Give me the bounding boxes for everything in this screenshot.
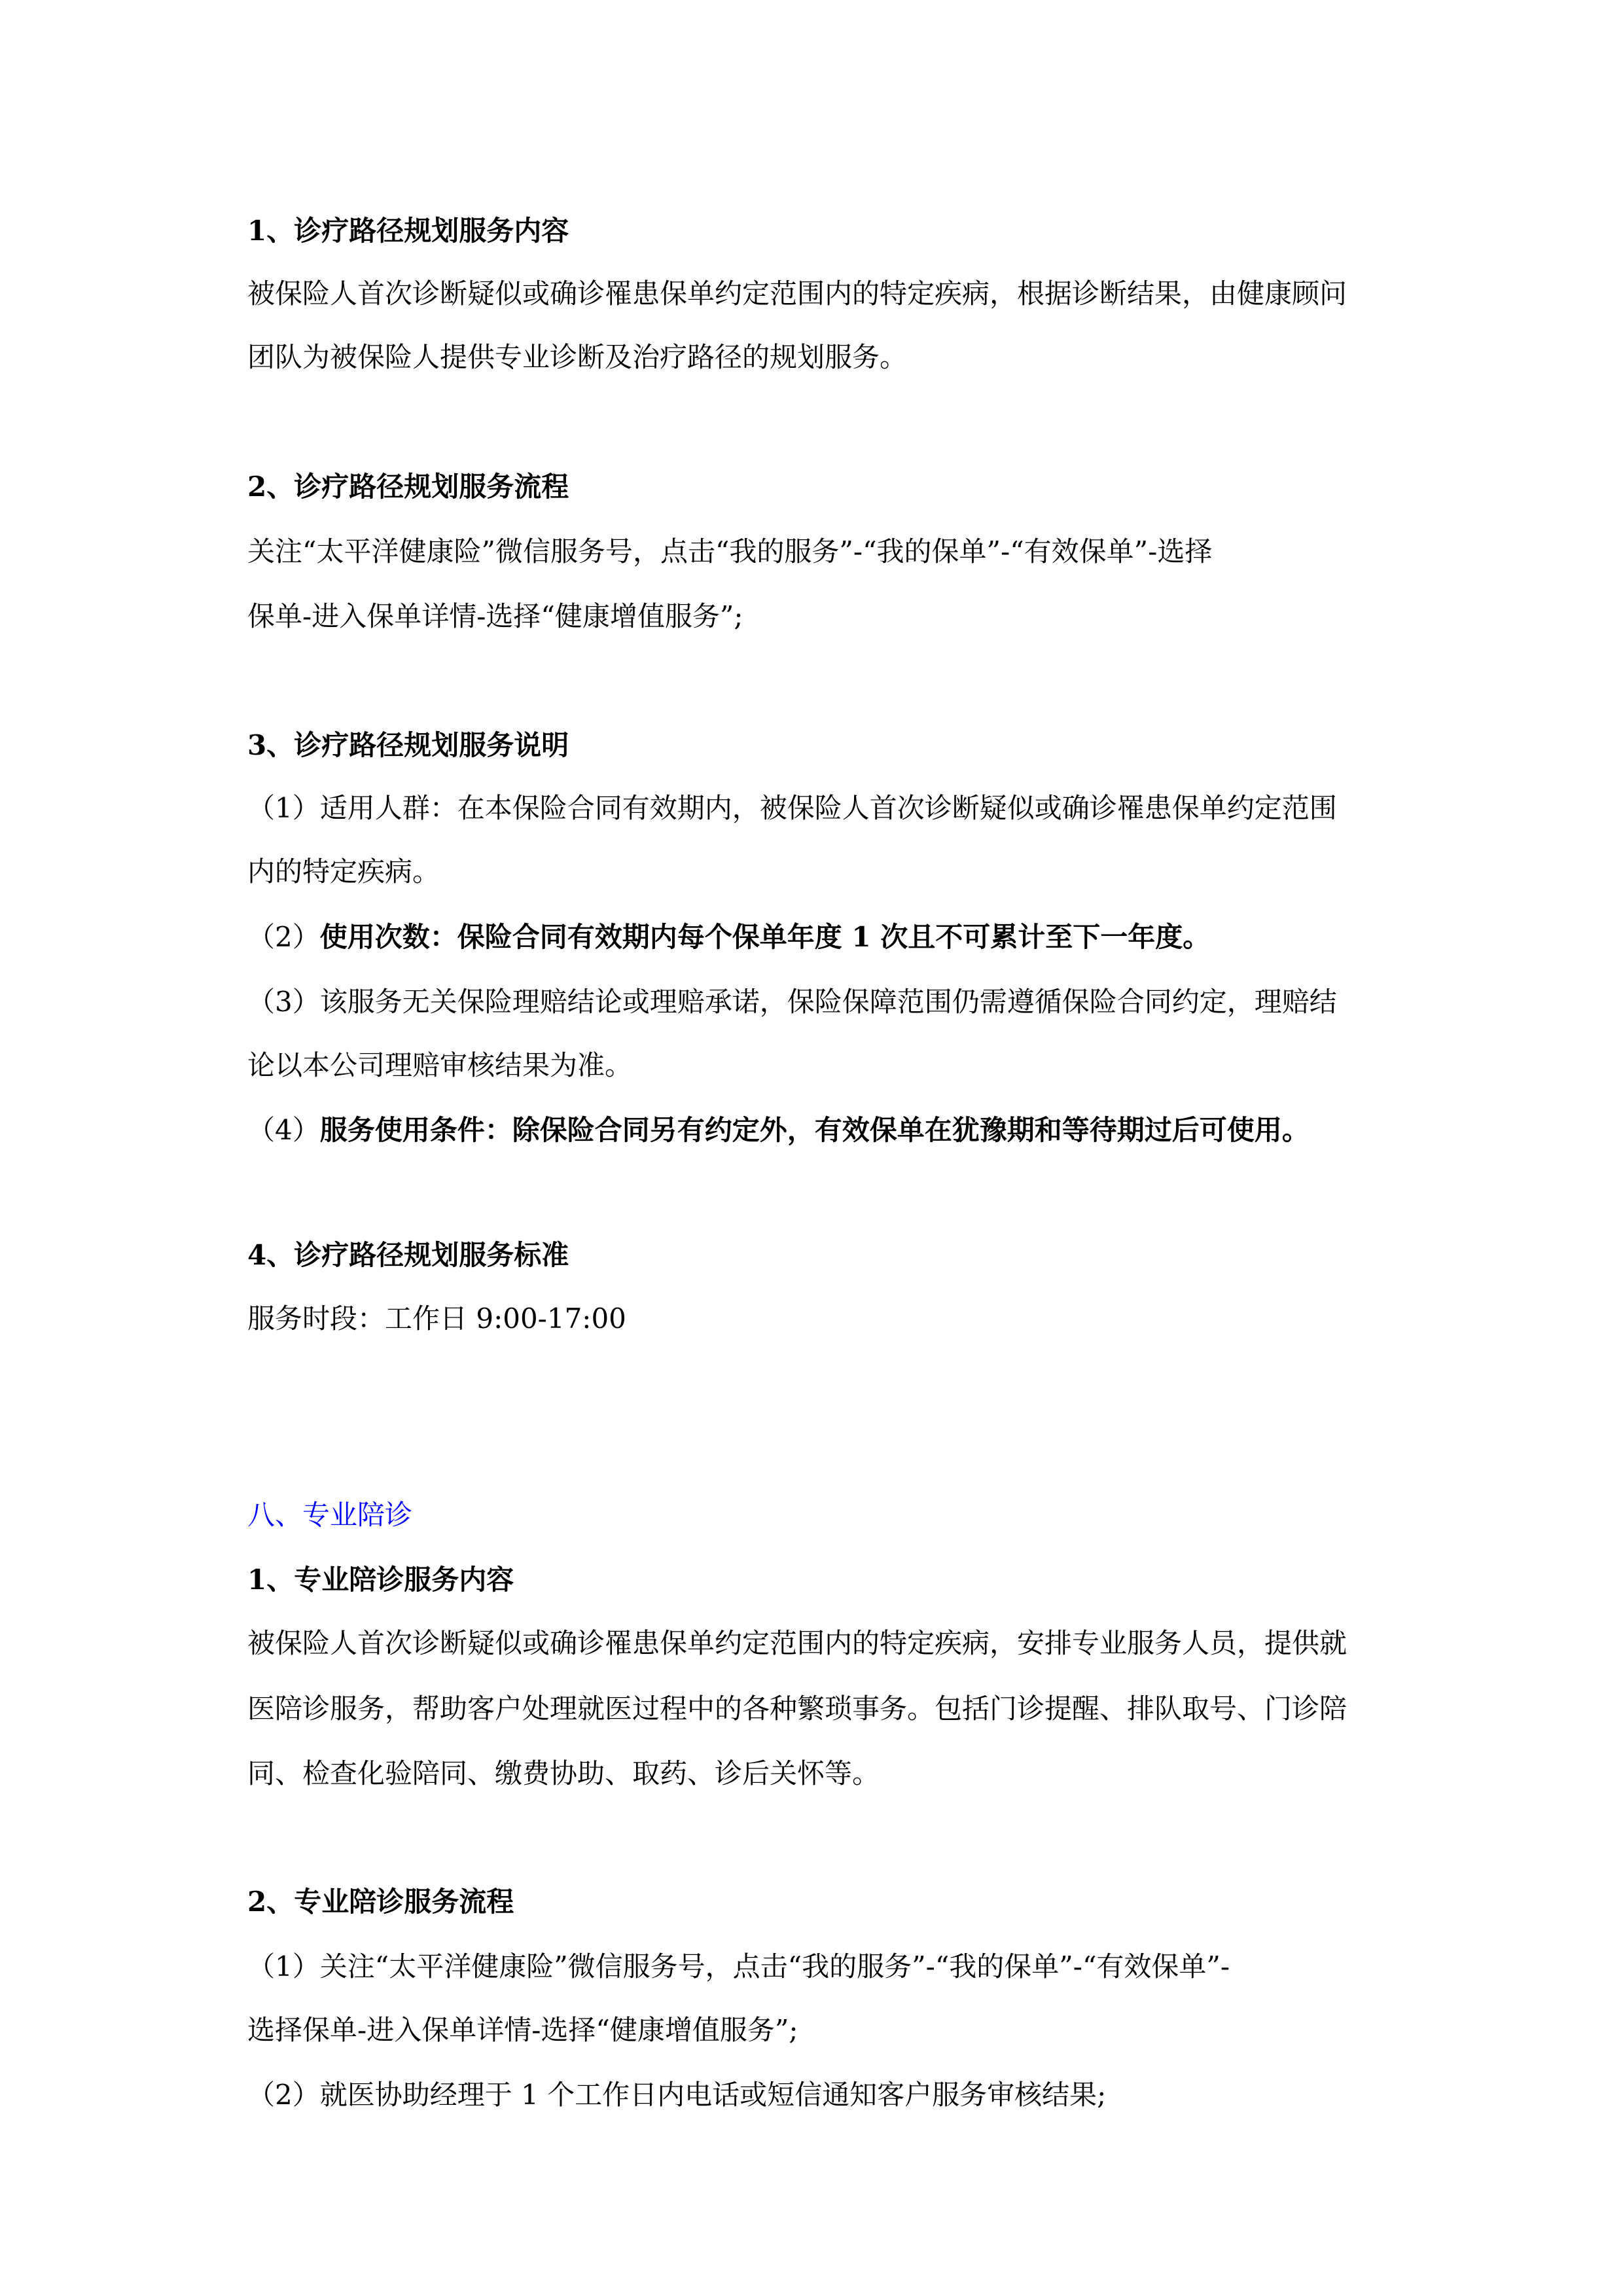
paragraph-line: 团队为被保险人提供专业诊断及治疗路径的规划服务。: [247, 341, 1386, 374]
paragraph-line: 保单-进入保单详情-选择“健康增值服务”;: [247, 600, 1386, 633]
paragraph-line: 同、检查化验陪同、缴费协助、取药、诊后关怀等。: [247, 1757, 1386, 1790]
paragraph-line: 被保险人首次诊断疑似或确诊罹患保单约定范围内的特定疾病，安排专业服务人员，提供就: [247, 1627, 1386, 1660]
item-text-emphasis: 服务使用条件：除保险合同另有约定外，有效保单在犹豫期和等待期过后可使用。: [320, 1114, 1310, 1146]
document-page: 1、诊疗路径规划服务内容 被保险人首次诊断疑似或确诊罹患保单约定范围内的特定疾病…: [0, 0, 1623, 2296]
list-item-claims-disclaimer: （3）该服务无关保险理赔结论或理赔承诺，保险保障范围仍需遵循保险合同约定，理赔结: [247, 986, 1386, 1018]
list-item-usage-count: （2）使用次数：保险合同有效期内每个保单年度 1 次且不可累计至下一年度。: [247, 921, 1386, 954]
subheading-escort-content: 1、专业陪诊服务内容: [247, 1564, 1386, 1596]
item-number: （4）: [247, 1114, 320, 1146]
item-number: （2）: [247, 921, 320, 953]
section-title-professional-escort: 八、专业陪诊: [247, 1499, 1386, 1532]
list-item-manager-notify: （2）就医协助经理于 1 个工作日内电话或短信通知客户服务审核结果;: [247, 2079, 1386, 2111]
list-item-continuation: 论以本公司理赔审核结果为准。: [247, 1049, 1386, 1082]
item-text: 适用人群：在本保险合同有效期内，被保险人首次诊断疑似或确诊罹患保单约定范围: [320, 792, 1337, 824]
item-text: 该服务无关保险理赔结论或理赔承诺，保险保障范围仍需遵循保险合同约定，理赔结: [320, 986, 1337, 1018]
item-number: （2）: [247, 2079, 320, 2111]
list-item-continuation: 内的特定疾病。: [247, 855, 1386, 888]
item-text-emphasis: 使用次数：保险合同有效期内每个保单年度 1 次且不可累计至下一年度。: [320, 921, 1210, 953]
list-item-applicable-people: （1）适用人群：在本保险合同有效期内，被保险人首次诊断疑似或确诊罹患保单约定范围: [247, 792, 1386, 825]
paragraph-line: 关注“太平洋健康险”微信服务号，点击“我的服务”-“我的保单”-“有效保单”-选…: [247, 535, 1386, 568]
item-number: （1）: [247, 1950, 320, 1982]
list-item-continuation: 选择保单-进入保单详情-选择“健康增值服务”;: [247, 2014, 1386, 2047]
item-text: 就医协助经理于 1 个工作日内电话或短信通知客户服务审核结果;: [320, 2079, 1107, 2111]
list-item-follow-wechat: （1）关注“太平洋健康险”微信服务号，点击“我的服务”-“我的保单”-“有效保单…: [247, 1950, 1386, 1983]
subheading-diagnosis-path-process: 2、诊疗路径规划服务流程: [247, 471, 1386, 503]
list-item-usage-conditions: （4）服务使用条件：除保险合同另有约定外，有效保单在犹豫期和等待期过后可使用。: [247, 1114, 1386, 1147]
service-hours: 服务时段：工作日 9:00-17:00: [247, 1302, 1386, 1335]
subheading-diagnosis-path-standard: 4、诊疗路径规划服务标准: [247, 1239, 1386, 1272]
item-text: 关注“太平洋健康险”微信服务号，点击“我的服务”-“我的保单”-“有效保单”-: [320, 1950, 1230, 1982]
item-number: （3）: [247, 986, 320, 1018]
subheading-diagnosis-path-notes: 3、诊疗路径规划服务说明: [247, 729, 1386, 762]
paragraph-line: 被保险人首次诊断疑似或确诊罹患保单约定范围内的特定疾病，根据诊断结果，由健康顾问: [247, 278, 1386, 310]
subheading-diagnosis-path-content: 1、诊疗路径规划服务内容: [247, 215, 1386, 247]
paragraph-line: 医陪诊服务，帮助客户处理就医过程中的各种繁琐事务。包括门诊提醒、排队取号、门诊陪: [247, 1693, 1386, 1725]
item-number: （1）: [247, 792, 320, 824]
subheading-escort-process: 2、专业陪诊服务流程: [247, 1886, 1386, 1918]
